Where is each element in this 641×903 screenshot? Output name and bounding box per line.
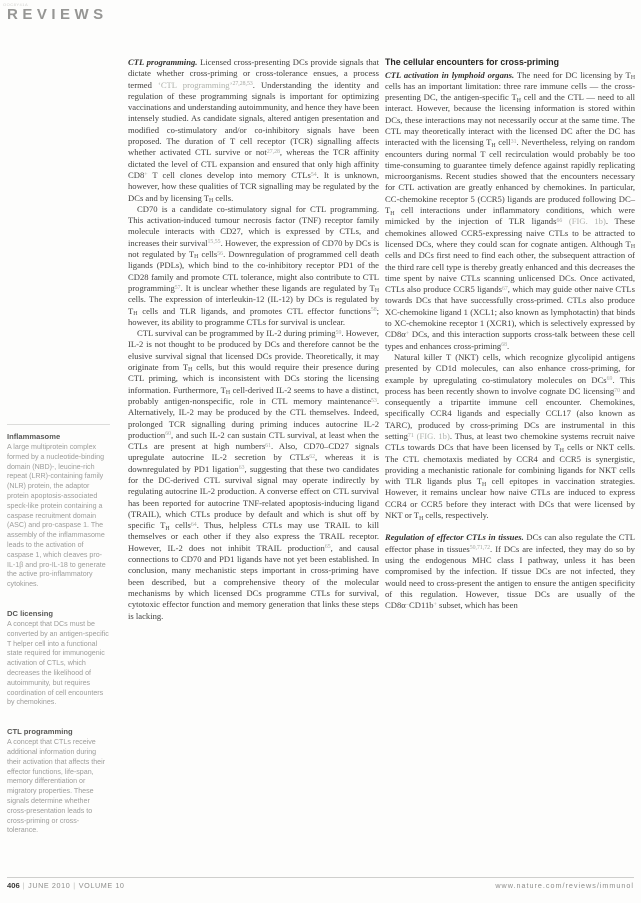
paragraph: CTL activation in lymphoid organs. The n… [385, 70, 635, 352]
subscript: H [165, 526, 169, 532]
subscript: H [419, 516, 423, 522]
reference-superscript: 71 [408, 433, 414, 439]
glossary-ref: ‘CTL programming’ [158, 80, 233, 90]
reference-superscript: 50,71,72 [470, 545, 490, 551]
reference-superscript: + [144, 172, 147, 178]
glossary-definition: A concept that DCs must be converted by … [7, 620, 110, 708]
reference-superscript: 65 [325, 544, 331, 550]
reference-superscript: + [434, 602, 437, 608]
reference-superscript: 61 [265, 443, 271, 449]
glossary-entry: CTL programmingA concept that CTLs recei… [7, 727, 110, 836]
reference-superscript: 63 [239, 465, 245, 471]
footer-citation: 406|JUNE 2010|VOLUME 10 [7, 881, 125, 890]
footer-issue: JUNE 2010 [28, 881, 70, 890]
glossary-ref: (FIG. 1b) [569, 216, 606, 226]
subscript: H [194, 254, 198, 260]
reference-superscript: − [406, 602, 409, 608]
footer-separator: | [23, 881, 25, 890]
reference-superscript: 62 [309, 454, 315, 460]
reference-superscript: 57 [175, 285, 181, 291]
reference-superscript: 70 [614, 388, 620, 394]
paragraph-lead: Regulation of effector CTLs in tissues. [385, 532, 524, 542]
footer-volume: VOLUME 10 [79, 881, 125, 890]
reference-superscript: + [406, 331, 409, 337]
subscript: H [209, 198, 213, 204]
subscript: H [631, 75, 635, 81]
reference-superscript: 31 [511, 139, 517, 145]
paragraph: CD70 is a candidate co-stimulatory signa… [128, 204, 379, 328]
left-text-column: CTL programming. Licensed cross-presenti… [128, 57, 379, 622]
paragraph: Natural killer T (NKT) cells, which reco… [385, 352, 635, 521]
glossary-entry: InflammasomeA large multiprotein complex… [7, 432, 110, 590]
glossary-entry: DC licensingA concept that DCs must be c… [7, 609, 110, 708]
page-number: 406 [7, 881, 20, 890]
glossary-definition: A concept that CTLs receive additional i… [7, 738, 110, 836]
glossary-term: CTL programming [7, 727, 110, 736]
glossary-term: Inflammasome [7, 432, 110, 441]
subscript: H [491, 143, 495, 149]
subscript: H [188, 367, 192, 373]
right-text-column: The cellular encounters for cross-primin… [385, 57, 635, 611]
subscript: H [482, 482, 486, 488]
glossary-ref: (FIG. 1b) [417, 431, 450, 441]
reference-superscript: 68 [501, 342, 507, 348]
reference-superscript: 27,28 [267, 149, 280, 155]
reference-superscript: 59 [336, 330, 342, 336]
footer-separator: | [73, 881, 75, 890]
paragraph-lead: CTL programming. [128, 57, 197, 67]
reference-superscript: 15,55 [208, 239, 221, 245]
subscript: H [375, 288, 379, 294]
subscript: H [133, 311, 137, 317]
paragraph: Regulation of effector CTLs in tissues. … [385, 532, 635, 611]
journal-url-link[interactable]: www.nature.com/reviews/immunol [495, 881, 634, 890]
reference-superscript: 27,28,53 [232, 81, 252, 87]
subscript: H [226, 390, 230, 396]
section-heading: The cellular encounters for cross-primin… [385, 57, 635, 68]
glossary-term: DC licensing [7, 609, 110, 618]
subscript: H [390, 211, 394, 217]
subscript: H [560, 448, 564, 454]
paragraph-lead: CTL activation in lymphoid organs. [385, 70, 514, 80]
subscript: H [631, 244, 635, 250]
masthead-reviews: REVIEWS [7, 6, 108, 23]
reference-superscript: 58 [371, 307, 377, 313]
right-column-paragraphs: CTL activation in lymphoid organs. The n… [385, 70, 635, 612]
subscript: H [517, 98, 521, 104]
glossary-sidebar: InflammasomeA large multiprotein complex… [7, 424, 110, 855]
reference-superscript: 66 [556, 218, 562, 224]
page-footer: 406|JUNE 2010|VOLUME 10 www.nature.com/r… [7, 881, 634, 890]
glossary-entries: InflammasomeA large multiprotein complex… [7, 432, 110, 836]
reference-superscript: 60 [165, 431, 171, 437]
reference-superscript: 69 [607, 376, 613, 382]
paragraph: CTL survival can be programmed by IL-2 d… [128, 328, 379, 622]
reference-superscript: 64 [191, 522, 197, 528]
reference-superscript: 54 [311, 172, 317, 178]
reference-superscript: 67 [502, 286, 508, 292]
paragraph: CTL programming. Licensed cross-presenti… [128, 57, 379, 204]
glossary-definition: A large multiprotein complex formed by a… [7, 443, 110, 590]
reference-superscript: 53 [371, 398, 377, 404]
reference-superscript: 56 [217, 251, 223, 257]
footer-divider [7, 877, 634, 878]
